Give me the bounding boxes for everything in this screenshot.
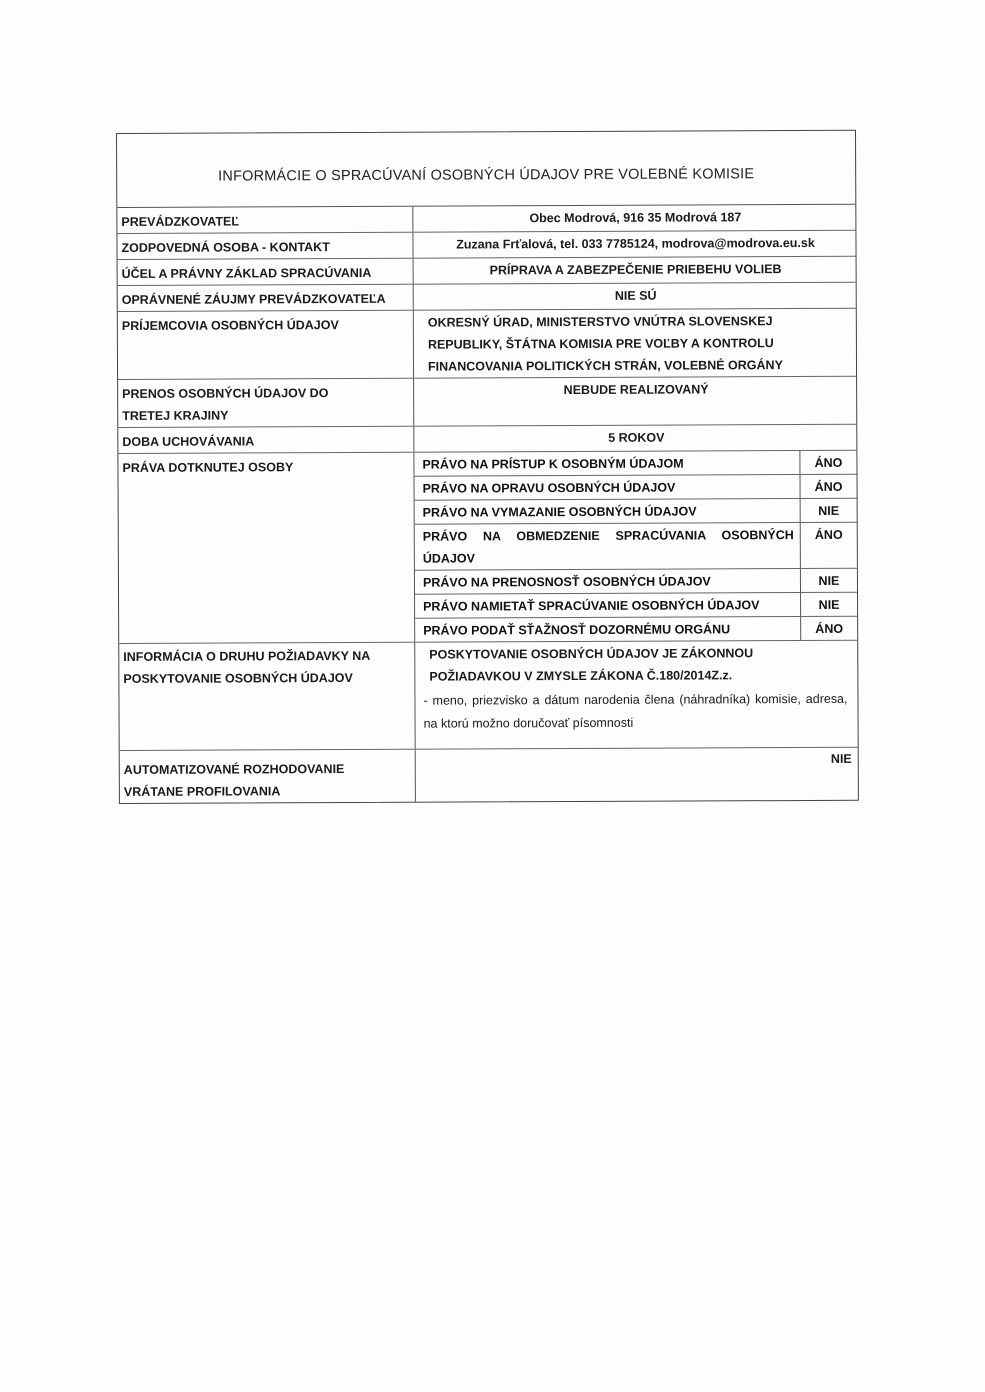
- rights-list: PRÁVO NA PRÍSTUP K OSOBNÝM ÚDAJOM ÁNO PR…: [414, 451, 857, 642]
- row-value: OKRESNÝ ÚRAD, MINISTERSTVO VNÚTRA SLOVEN…: [414, 309, 856, 378]
- right-text: PRÁVO NA PRÍSTUP K OSOBNÝM ÚDAJOM: [414, 451, 800, 476]
- right-value: NIE: [801, 499, 857, 522]
- right-value: ÁNO: [801, 617, 857, 640]
- row-label: INFORMÁCIA O DRUHU POŽIADAVKY NA POSKYTO…: [119, 643, 415, 750]
- right-text: PRÁVO NA VYMAZANIE OSOBNÝCH ÚDAJOV: [415, 499, 801, 524]
- right-text: PRÁVO NA PRENOSNOSŤ OSOBNÝCH ÚDAJOV: [415, 569, 801, 594]
- automated-row: AUTOMATIZOVANÉ ROZHODOVANIE VRÁTANE PROF…: [120, 748, 858, 803]
- right-item: PRÁVO PODAŤ SŤAŽNOSŤ DOZORNÉMU ORGÁNU ÁN…: [415, 617, 857, 642]
- row-value: 5 ROKOV: [414, 425, 856, 452]
- right-value: ÁNO: [800, 475, 856, 498]
- table-row: ZODPOVEDNÁ OSOBA - KONTAKT Zuzana Frťalo…: [117, 231, 855, 260]
- row-value: Zuzana Frťalová, tel. 033 7785124, modro…: [413, 231, 855, 258]
- requirement-normal-text: - meno, priezvisko a dátum narodenia čle…: [423, 688, 847, 736]
- row-label: DOBA UCHOVÁVANIA: [118, 427, 414, 453]
- row-value: PRÍPRAVA A ZABEZPEČENIE PRIEBEHU VOLIEB: [414, 257, 856, 284]
- right-value: ÁNO: [801, 523, 857, 568]
- right-value: NIE: [801, 569, 857, 592]
- right-text: PRÁVO NAMIETAŤ SPRACÚVANIE OSOBNÝCH ÚDAJ…: [415, 593, 801, 618]
- right-text: PRÁVO NA OBMEDZENIE SPRACÚVANIA OSOBNÝCH…: [415, 523, 801, 570]
- gdpr-info-table: INFORMÁCIE O SPRACÚVANÍ OSOBNÝCH ÚDAJOV …: [116, 130, 859, 804]
- right-item: PRÁVO NA PRÍSTUP K OSOBNÝM ÚDAJOM ÁNO: [414, 451, 856, 477]
- row-label: AUTOMATIZOVANÉ ROZHODOVANIE VRÁTANE PROF…: [120, 750, 416, 803]
- row-value: Obec Modrová, 916 35 Modrová 187: [413, 205, 855, 232]
- row-label: PRÁVA DOTKNUTEJ OSOBY: [118, 453, 415, 643]
- requirement-value: POSKYTOVANIE OSOBNÝCH ÚDAJOV JE ZÁKONNOU…: [415, 641, 857, 749]
- right-item: PRÁVO NA VYMAZANIE OSOBNÝCH ÚDAJOV NIE: [415, 499, 857, 525]
- table-row: PREVÁDZKOVATEĽ Obec Modrová, 916 35 Modr…: [117, 205, 855, 234]
- right-item: PRÁVO NAMIETAŤ SPRACÚVANIE OSOBNÝCH ÚDAJ…: [415, 593, 857, 619]
- table-row: ÚČEL A PRÁVNY ZÁKLAD SPRACÚVANIA PRÍPRAV…: [118, 257, 856, 286]
- table-row: PRENOS OSOBNÝCH ÚDAJOV DO TRETEJ KRAJINY…: [118, 377, 856, 428]
- right-item: PRÁVO NA OBMEDZENIE SPRACÚVANIA OSOBNÝCH…: [415, 523, 857, 571]
- table-row: PRÍJEMCOVIA OSOBNÝCH ÚDAJOV OKRESNÝ ÚRAD…: [118, 309, 856, 380]
- table-row: OPRÁVNENÉ ZÁUJMY PREVÁDZKOVATEĽA NIE SÚ: [118, 283, 856, 312]
- row-label: PRENOS OSOBNÝCH ÚDAJOV DO TRETEJ KRAJINY: [118, 379, 414, 427]
- row-label: ZODPOVEDNÁ OSOBA - KONTAKT: [117, 233, 413, 259]
- right-text: PRÁVO NA OPRAVU OSOBNÝCH ÚDAJOV: [415, 475, 801, 500]
- right-item: PRÁVO NA OPRAVU OSOBNÝCH ÚDAJOV ÁNO: [415, 475, 857, 501]
- row-value: NEBUDE REALIZOVANÝ: [414, 377, 856, 426]
- row-value: NIE SÚ: [414, 283, 856, 310]
- row-label: PREVÁDZKOVATEĽ: [117, 207, 413, 233]
- rights-row: PRÁVA DOTKNUTEJ OSOBY PRÁVO NA PRÍSTUP K…: [118, 451, 857, 644]
- row-label: OPRÁVNENÉ ZÁUJMY PREVÁDZKOVATEĽA: [118, 285, 414, 311]
- right-value: ÁNO: [800, 451, 856, 474]
- right-text: PRÁVO PODAŤ SŤAŽNOSŤ DOZORNÉMU ORGÁNU: [415, 617, 801, 642]
- document-title: INFORMÁCIE O SPRACÚVANÍ OSOBNÝCH ÚDAJOV …: [117, 131, 855, 208]
- right-item: PRÁVO NA PRENOSNOSŤ OSOBNÝCH ÚDAJOV NIE: [415, 569, 857, 595]
- requirement-bold-text: POSKYTOVANIE OSOBNÝCH ÚDAJOV JE ZÁKONNOU…: [423, 642, 847, 688]
- row-value: NIE: [416, 748, 858, 802]
- table-row: DOBA UCHOVÁVANIA 5 ROKOV: [118, 425, 856, 454]
- row-label: PRÍJEMCOVIA OSOBNÝCH ÚDAJOV: [118, 311, 414, 379]
- row-label: ÚČEL A PRÁVNY ZÁKLAD SPRACÚVANIA: [118, 259, 414, 285]
- right-value: NIE: [801, 593, 857, 616]
- requirement-row: INFORMÁCIA O DRUHU POŽIADAVKY NA POSKYTO…: [119, 641, 857, 751]
